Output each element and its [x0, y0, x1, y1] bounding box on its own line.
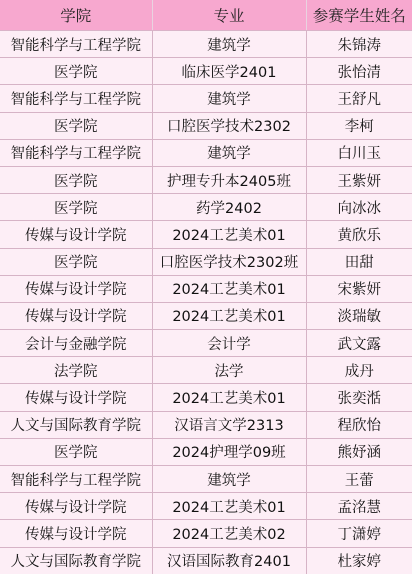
cell-student-name: 淡瑞敏 [306, 302, 412, 329]
cell-major: 口腔医学技术2302 [152, 112, 306, 139]
table-row: 智能科学与工程学院建筑学王舒凡 [0, 85, 412, 112]
table-row: 法学院法学成丹 [0, 357, 412, 384]
table-row: 传媒与设计学院2024工艺美术01黄欣乐 [0, 221, 412, 248]
cell-college: 人文与国际教育学院 [0, 411, 152, 438]
cell-college: 医学院 [0, 194, 152, 221]
table-row: 人文与国际教育学院汉语言文学2313程欣怡 [0, 411, 412, 438]
cell-college: 传媒与设计学院 [0, 493, 152, 520]
cell-student-name: 程欣怡 [306, 411, 412, 438]
cell-major: 2024工艺美术01 [152, 493, 306, 520]
table-row: 医学院临床医学2401张怡清 [0, 58, 412, 85]
cell-student-name: 孟洺慧 [306, 493, 412, 520]
table-row: 医学院口腔医学技术2302班田甜 [0, 248, 412, 275]
table-row: 医学院护理专升本2405班王紫妍 [0, 166, 412, 193]
cell-college: 传媒与设计学院 [0, 384, 152, 411]
cell-student-name: 黄欣乐 [306, 221, 412, 248]
cell-student-name: 丁潇婷 [306, 520, 412, 547]
cell-college: 法学院 [0, 357, 152, 384]
cell-major: 2024工艺美术02 [152, 520, 306, 547]
cell-college: 医学院 [0, 166, 152, 193]
cell-college: 智能科学与工程学院 [0, 139, 152, 166]
table-row: 医学院药学2402向冰冰 [0, 194, 412, 221]
cell-student-name: 张怡清 [306, 58, 412, 85]
cell-college: 医学院 [0, 112, 152, 139]
cell-college: 传媒与设计学院 [0, 302, 152, 329]
cell-student-name: 王紫妍 [306, 166, 412, 193]
header-student-name: 参赛学生姓名 [306, 0, 412, 31]
cell-major: 2024工艺美术01 [152, 275, 306, 302]
cell-major: 会计学 [152, 330, 306, 357]
table-row: 医学院2024护理学09班熊妤涵 [0, 438, 412, 465]
cell-major: 建筑学 [152, 31, 306, 58]
cell-major: 2024工艺美术01 [152, 384, 306, 411]
cell-major: 临床医学2401 [152, 58, 306, 85]
cell-student-name: 熊妤涵 [306, 438, 412, 465]
cell-college: 医学院 [0, 248, 152, 275]
cell-major: 口腔医学技术2302班 [152, 248, 306, 275]
header-college: 学院 [0, 0, 152, 31]
cell-college: 医学院 [0, 58, 152, 85]
cell-student-name: 王蕾 [306, 466, 412, 493]
cell-major: 2024工艺美术01 [152, 302, 306, 329]
cell-college: 智能科学与工程学院 [0, 85, 152, 112]
table-row: 智能科学与工程学院建筑学朱锦涛 [0, 31, 412, 58]
cell-major: 法学 [152, 357, 306, 384]
table-row: 会计与金融学院会计学武文露 [0, 330, 412, 357]
cell-college: 会计与金融学院 [0, 330, 152, 357]
cell-college: 医学院 [0, 438, 152, 465]
cell-student-name: 张奕湉 [306, 384, 412, 411]
cell-college: 智能科学与工程学院 [0, 466, 152, 493]
cell-major: 汉语国际教育2401 [152, 547, 306, 574]
cell-college: 传媒与设计学院 [0, 520, 152, 547]
table-row: 传媒与设计学院2024工艺美术01宋紫妍 [0, 275, 412, 302]
cell-major: 汉语言文学2313 [152, 411, 306, 438]
cell-major: 建筑学 [152, 85, 306, 112]
cell-college: 传媒与设计学院 [0, 221, 152, 248]
cell-student-name: 李柯 [306, 112, 412, 139]
header-row: 学院 专业 参赛学生姓名 [0, 0, 412, 31]
cell-major: 建筑学 [152, 139, 306, 166]
cell-major: 2024护理学09班 [152, 438, 306, 465]
cell-student-name: 武文露 [306, 330, 412, 357]
cell-major: 建筑学 [152, 466, 306, 493]
cell-student-name: 杜家婷 [306, 547, 412, 574]
table-row: 传媒与设计学院2024工艺美术01孟洺慧 [0, 493, 412, 520]
table-row: 智能科学与工程学院建筑学白川玉 [0, 139, 412, 166]
cell-student-name: 向冰冰 [306, 194, 412, 221]
table-row: 传媒与设计学院2024工艺美术01张奕湉 [0, 384, 412, 411]
cell-student-name: 白川玉 [306, 139, 412, 166]
table-row: 传媒与设计学院2024工艺美术02丁潇婷 [0, 520, 412, 547]
cell-college: 传媒与设计学院 [0, 275, 152, 302]
cell-student-name: 宋紫妍 [306, 275, 412, 302]
cell-student-name: 朱锦涛 [306, 31, 412, 58]
cell-college: 智能科学与工程学院 [0, 31, 152, 58]
cell-major: 护理专升本2405班 [152, 166, 306, 193]
cell-student-name: 成丹 [306, 357, 412, 384]
cell-student-name: 王舒凡 [306, 85, 412, 112]
cell-student-name: 田甜 [306, 248, 412, 275]
participants-table: 学院 专业 参赛学生姓名 智能科学与工程学院建筑学朱锦涛医学院临床医学2401张… [0, 0, 412, 574]
table-row: 智能科学与工程学院建筑学王蕾 [0, 466, 412, 493]
cell-major: 2024工艺美术01 [152, 221, 306, 248]
cell-major: 药学2402 [152, 194, 306, 221]
table-row: 医学院口腔医学技术2302李柯 [0, 112, 412, 139]
cell-college: 人文与国际教育学院 [0, 547, 152, 574]
table-row: 传媒与设计学院2024工艺美术01淡瑞敏 [0, 302, 412, 329]
table-row: 人文与国际教育学院汉语国际教育2401杜家婷 [0, 547, 412, 574]
header-major: 专业 [152, 0, 306, 31]
